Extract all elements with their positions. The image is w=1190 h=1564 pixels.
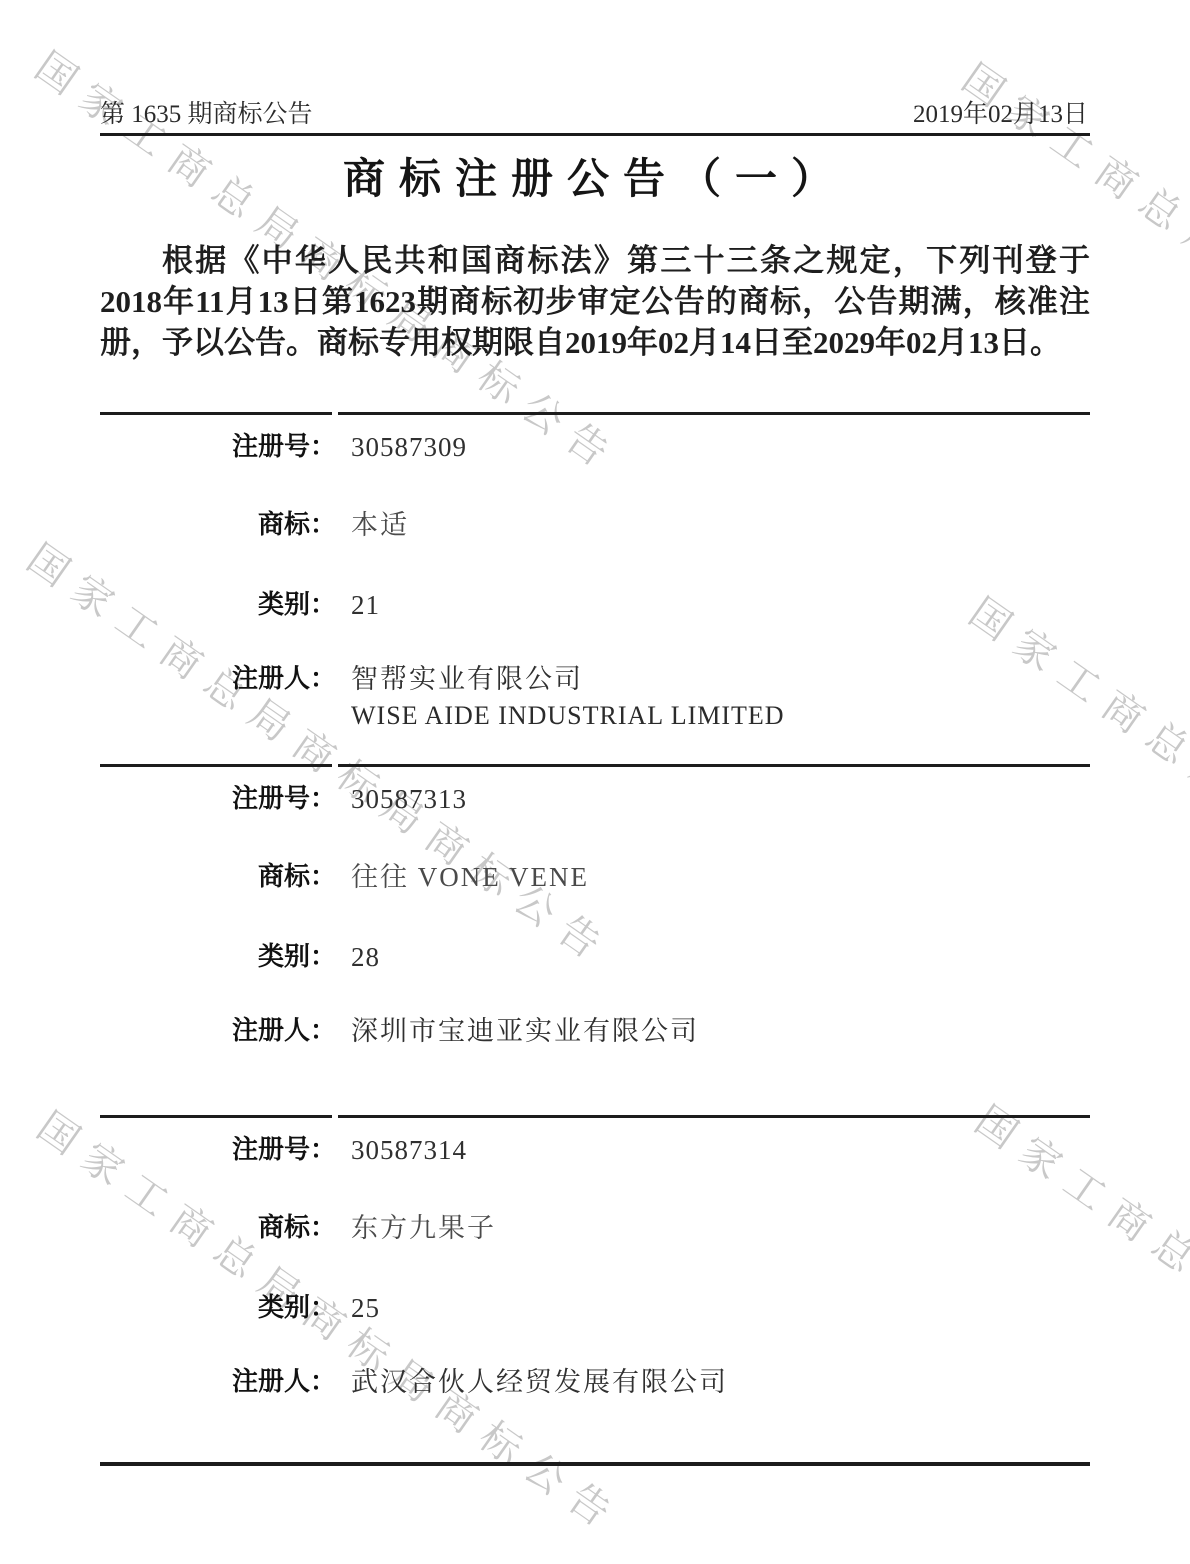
trademark-label: 商标：: [100, 860, 336, 894]
registration-number-value: 30587314: [351, 1133, 1071, 1167]
trademark-value: 本适: [351, 508, 1071, 542]
registration-number-label: 注册号：: [100, 430, 336, 464]
registrant-row: 注册人： 武汉合伙人经贸发展有限公司: [100, 1365, 1090, 1399]
registrant-row: 注册人： 智帮实业有限公司: [100, 662, 1090, 696]
trademark-entry: 注册号： 30587313 商标： 往往 VONE VENE 类别： 28 注册…: [100, 764, 1090, 1116]
registrant-value: 武汉合伙人经贸发展有限公司: [351, 1365, 1071, 1399]
registration-number-row: 注册号： 30587309: [100, 430, 1090, 464]
trademark-entry: 注册号： 30587314 商标： 东方九果子 类别： 25 注册人： 武汉合伙…: [100, 1115, 1090, 1467]
registrant-row: 注册人： 深圳市宝迪亚实业有限公司: [100, 1014, 1090, 1048]
trademark-entry: 注册号： 30587309 商标： 本适 类别： 21 注册人： 智帮实业有限公…: [100, 412, 1090, 764]
class-value: 28: [351, 940, 1071, 974]
publication-date: 2019年02月13日: [913, 94, 1088, 130]
class-label: 类别：: [100, 1291, 336, 1325]
registrant-en-value: WISE AIDE INDUSTRIAL LIMITED: [351, 699, 1071, 733]
registrant-value: 智帮实业有限公司: [351, 662, 1071, 696]
trademark-value: 东方九果子: [351, 1211, 1071, 1245]
registration-number-label: 注册号：: [100, 1133, 336, 1167]
class-label: 类别：: [100, 588, 336, 622]
class-row: 类别： 25: [100, 1291, 1090, 1325]
registrant-value: 深圳市宝迪亚实业有限公司: [351, 1014, 1071, 1048]
page-content: 第 1635 期商标公告 2019年02月13日 商标注册公告（一） 根据《中华…: [100, 0, 1090, 1564]
registrant-label: 注册人：: [100, 1365, 336, 1399]
class-label: 类别：: [100, 940, 336, 974]
registrant-en-row: WISE AIDE INDUSTRIAL LIMITED: [100, 699, 1090, 733]
gazette-page: 国家工商总局商标局商标公告 国家工商总局商标局商标公告 国家工商总局商标局商标公…: [0, 0, 1190, 1564]
page-title: 商标注册公告（一）: [100, 146, 1090, 206]
entry-divider: [100, 1115, 1090, 1118]
registration-number-value: 30587313: [351, 782, 1071, 816]
trademark-row: 商标： 本适: [100, 508, 1090, 542]
class-value: 25: [351, 1291, 1071, 1325]
intro-paragraph: 根据《中华人民共和国商标法》第三十三条之规定，下列刊登于2018年11月13日第…: [100, 240, 1090, 363]
registration-number-row: 注册号： 30587313: [100, 782, 1090, 816]
class-row: 类别： 28: [100, 940, 1090, 974]
registrant-label: 注册人：: [100, 662, 336, 696]
header-rule: [100, 133, 1090, 136]
issue-number: 第 1635 期商标公告: [100, 94, 313, 130]
trademark-value: 往往 VONE VENE: [351, 860, 1071, 894]
registrant-label: 注册人：: [100, 1014, 336, 1048]
trademark-label: 商标：: [100, 508, 336, 542]
class-value: 21: [351, 588, 1071, 622]
trademark-row: 商标： 东方九果子: [100, 1211, 1090, 1245]
entry-divider: [100, 764, 1090, 767]
registration-number-label: 注册号：: [100, 782, 336, 816]
trademark-label: 商标：: [100, 1211, 336, 1245]
class-row: 类别： 21: [100, 588, 1090, 622]
registration-number-value: 30587309: [351, 430, 1071, 464]
trademark-row: 商标： 往往 VONE VENE: [100, 860, 1090, 894]
bottom-divider: [100, 1462, 1090, 1466]
registration-number-row: 注册号： 30587314: [100, 1133, 1090, 1167]
entry-divider: [100, 412, 1090, 415]
page-header: 第 1635 期商标公告 2019年02月13日: [100, 94, 1090, 126]
